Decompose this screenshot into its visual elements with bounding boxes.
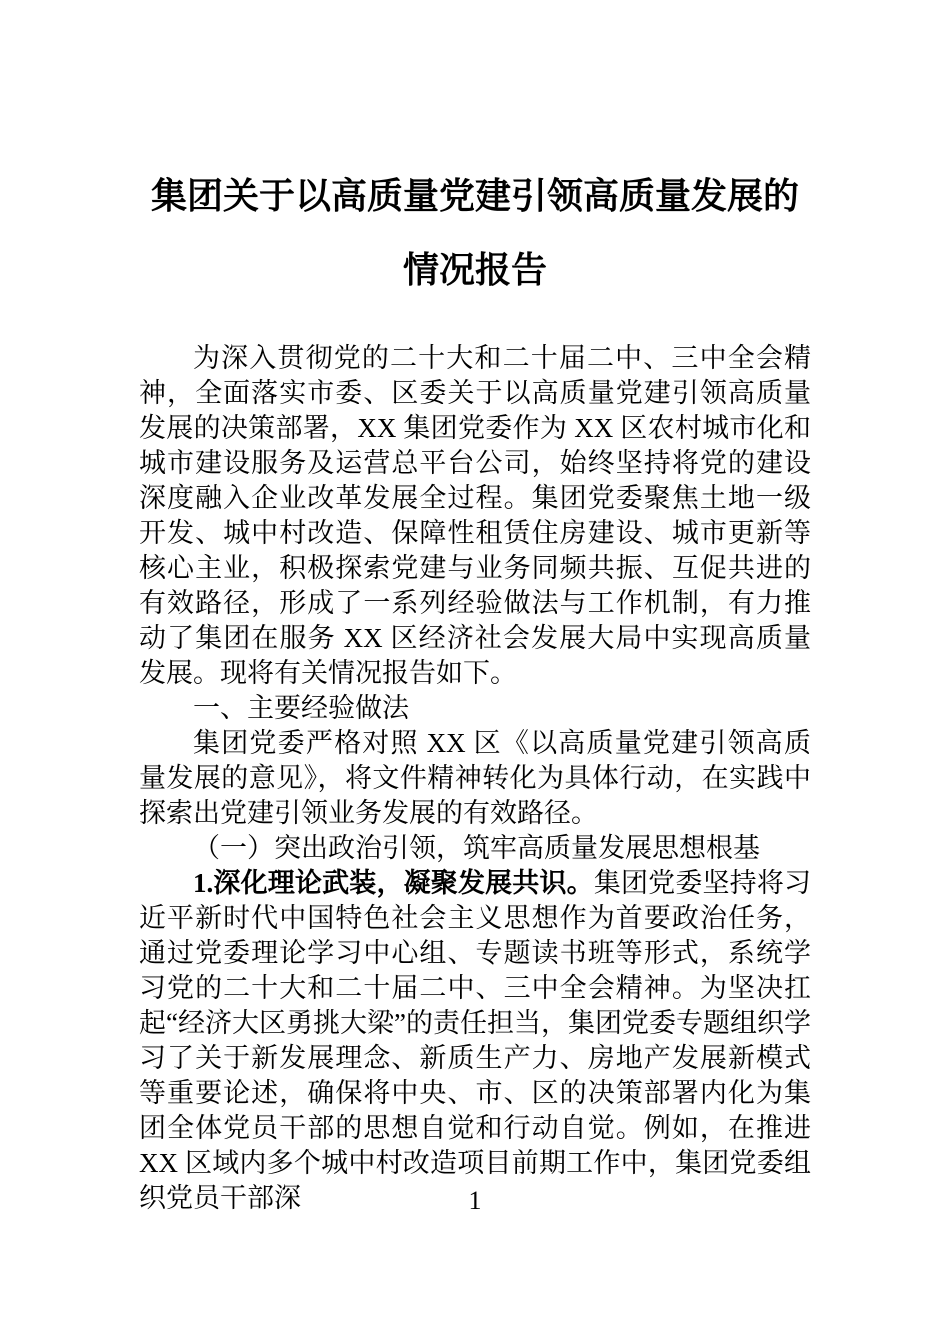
paragraph-point-one: 1.深化理论武装，凝聚发展共识。集团党委坚持将习近平新时代中国特色社会主义思想作… (139, 866, 811, 1216)
heading-subsection-one: （一）突出政治引领，筑牢高质量发展思想根基 (139, 831, 811, 866)
page-number: 1 (469, 1186, 482, 1215)
point-one-body-text: 集团党委坚持将习近平新时代中国特色社会主义思想作为首要政治任务，通过党委理论学习… (139, 868, 811, 1213)
point-one-bold-lead: 1.深化理论武装，凝聚发展共识。 (193, 868, 594, 898)
document-title: 集团关于以高质量党建引领高质量发展的情况报告 (139, 159, 811, 307)
document-body: 为深入贯彻党的二十大和二十届二中、三中全会精神，全面落实市委、区委关于以高质量党… (139, 341, 811, 1216)
paragraph-intro: 为深入贯彻党的二十大和二十届二中、三中全会精神，全面落实市委、区委关于以高质量党… (139, 341, 811, 691)
document-page: 集团关于以高质量党建引领高质量发展的情况报告 为深入贯彻党的二十大和二十届二中、… (139, 0, 811, 1344)
document-canvas: { "document": { "title": "集团关于以高质量党建引领高质… (0, 0, 950, 1344)
heading-section-one: 一、主要经验做法 (139, 691, 811, 726)
paragraph-section-one-intro: 集团党委严格对照 XX 区《以高质量党建引领高质量发展的意见》，将文件精神转化为… (139, 726, 811, 831)
page-footer: 1 (0, 1185, 950, 1217)
